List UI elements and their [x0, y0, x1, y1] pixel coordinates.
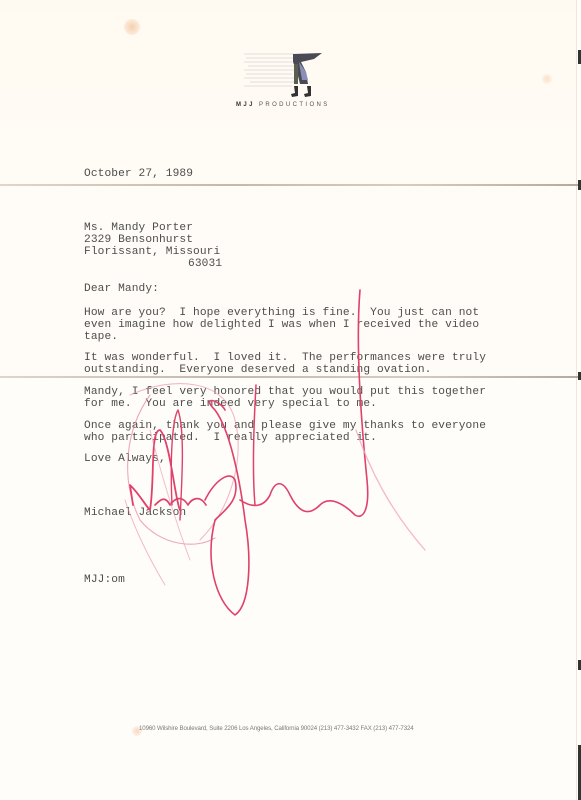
salutation: Dear Mandy: — [84, 283, 159, 295]
paper-middle-panel — [0, 185, 576, 377]
company-prefix: MJJ — [236, 102, 255, 108]
fold-line-upper — [0, 184, 578, 186]
fold-line-lower — [0, 376, 578, 378]
right-crease — [576, 0, 577, 800]
recipient-street: 2329 Bensonhurst — [84, 234, 193, 246]
recipient-zip: 63031 — [188, 258, 222, 270]
letter-date: October 27, 1989 — [84, 168, 193, 180]
paragraph-line: Once again, thank you and please give my… — [84, 420, 486, 432]
paragraph-line: outstanding. Everyone deserved a standin… — [84, 364, 432, 376]
closing: Love Always, — [84, 453, 166, 465]
recipient-name: Ms. Mandy Porter — [84, 222, 193, 234]
paragraph-line: How are you? I hope everything is fine. … — [84, 307, 479, 319]
paragraph-line: for me. You are indeed very special to m… — [84, 398, 377, 410]
paper-stain — [124, 19, 140, 35]
reference-initials: MJJ:om — [84, 574, 125, 586]
company-name: MJJ PRODUCTIONS — [236, 102, 346, 108]
company-suffix: PRODUCTIONS — [259, 102, 330, 108]
paragraph-line: It was wonderful. I loved it. The perfor… — [84, 352, 486, 364]
paragraph-line: Mandy, I feel very honored that you woul… — [84, 386, 486, 398]
recipient-city-state: Florissant, Missouri — [84, 246, 220, 258]
signer-name: Michael Jackson — [84, 507, 186, 519]
paragraph-line: even imagine how delighted I was when I … — [84, 319, 479, 331]
paragraph-line: tape. — [84, 331, 118, 343]
footer-address: 10960 Wilshire Boulevard, Suite 2206 Los… — [139, 725, 414, 732]
paragraph-line: who participated. I really appreciated i… — [84, 432, 377, 444]
paper-stain — [542, 74, 552, 84]
